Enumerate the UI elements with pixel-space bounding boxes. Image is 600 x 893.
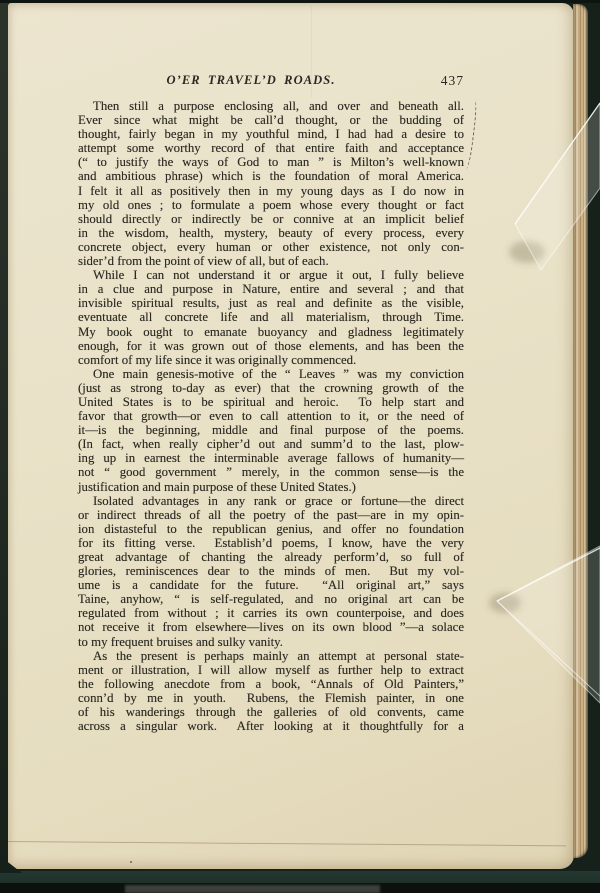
- paragraph: While I can not understand it or argue i…: [78, 268, 464, 367]
- text-line: or indirect threads of all the poetry of…: [78, 508, 464, 522]
- text-line: ion distasteful to the republican genius…: [78, 522, 464, 536]
- paper-crease: [311, 6, 312, 98]
- text-line: eventuate all concrete life and all mate…: [78, 310, 464, 324]
- text-line: concrete object, every human or other ex…: [78, 240, 464, 254]
- text-line: my old ones ; to formulate a poem whose …: [78, 198, 464, 212]
- text-line: and ambitious phrase) which is the found…: [78, 169, 464, 183]
- paragraph: As the present is perhaps mainly an atte…: [78, 649, 464, 734]
- page-stack-fore-edge: [573, 4, 588, 858]
- text-line: favor that growth—or even to call attent…: [78, 409, 464, 423]
- book-page: O’ER TRAVEL’D ROADS. 437 Then still a pu…: [8, 3, 574, 869]
- book-cover-left-edge: [0, 0, 8, 893]
- text-line: ment or illustration, I will allow mysel…: [78, 663, 464, 677]
- text-line: While I can not understand it or argue i…: [78, 268, 464, 282]
- text-line: United States is to be spiritual and her…: [78, 395, 464, 409]
- text-line: comfort of my life since it was original…: [78, 353, 464, 367]
- text-line: Ever since what might be call’d thought,…: [78, 113, 464, 127]
- page-number: 437: [441, 73, 464, 89]
- text-line: should directly or indirectly be or conn…: [78, 212, 464, 226]
- text-line: in a clue and purpose in Nature, entire …: [78, 282, 464, 296]
- text-line: regulated from without ; it carries its …: [78, 606, 464, 620]
- text-line: Isolated advantages in any rank or grace…: [78, 494, 464, 508]
- text-line: sider’d from the point of view of all, b…: [78, 254, 464, 268]
- text-line: to my frequent bruises and sulky vanity.: [78, 635, 464, 649]
- text-line: not receive it from elsewhere—lives on i…: [78, 620, 464, 634]
- text-line: thought, fairly began in my youthful min…: [78, 127, 464, 141]
- text-line: in the wisdom, health, mystery, beauty o…: [78, 226, 464, 240]
- text-line: ing up in earnest the interminable avera…: [78, 451, 464, 465]
- paragraph: One main genesis-motive of the “ Leaves …: [78, 367, 464, 494]
- text-line: enough, for it was grown out of those el…: [78, 339, 464, 353]
- text-line: As the present is perhaps mainly an atte…: [78, 649, 464, 663]
- text-line: Then still a purpose enclosing all, and …: [78, 99, 464, 113]
- paragraph: Then still a purpose enclosing all, and …: [78, 99, 464, 268]
- text-line: not “ good government ” merely, in the c…: [78, 465, 464, 479]
- text-line: My book ought to emanate buoyancy and gl…: [78, 325, 464, 339]
- text-line: attempt some worthy record of that entir…: [78, 141, 464, 155]
- text-line: it—is the beginning, middle and final pu…: [78, 423, 464, 437]
- text-line: glories, reminiscences dear to the minds…: [78, 564, 464, 578]
- paper-speck: [130, 861, 132, 863]
- text-line: Taine, anyhow, “ is self-regulated, and …: [78, 592, 464, 606]
- text-line: the following anecdote from a book, “Ann…: [78, 677, 464, 691]
- text-line: conn’d by me in youth. Rubens, the Flemi…: [78, 691, 464, 705]
- running-title: O’ER TRAVEL’D ROADS.: [78, 73, 424, 88]
- top-edge-speck: [47, 0, 52, 3]
- text-line: (just as strong to-day as ever) that the…: [78, 381, 464, 395]
- text-line: great advantage of chanting the already …: [78, 550, 464, 564]
- text-line: justification and main purpose of these …: [78, 480, 464, 494]
- text-line: (“ to justify the ways of God to man ” i…: [78, 155, 464, 169]
- paragraph: Isolated advantages in any rank or grace…: [78, 494, 464, 649]
- text-line: across a singular work. After looking at…: [78, 719, 464, 733]
- text-line: ume is a candidate for the future. “All …: [78, 578, 464, 592]
- text-line: for its fitting verse. Establish’d poems…: [78, 536, 464, 550]
- book-photo: O’ER TRAVEL’D ROADS. 437 Then still a pu…: [0, 0, 600, 893]
- text-line: One main genesis-motive of the “ Leaves …: [78, 367, 464, 381]
- text-line: of his wanderings through the galleries …: [78, 705, 464, 719]
- running-head: O’ER TRAVEL’D ROADS. 437: [78, 73, 464, 91]
- text-line: invisible spiritual results, just as rea…: [78, 296, 464, 310]
- table-surface-glint: [125, 885, 380, 893]
- text-line: I felt it all as positively then in my y…: [78, 184, 464, 198]
- page-text: Then still a purpose enclosing all, and …: [78, 99, 464, 733]
- text-line: (In fact, when really cipher’d out and s…: [78, 437, 464, 451]
